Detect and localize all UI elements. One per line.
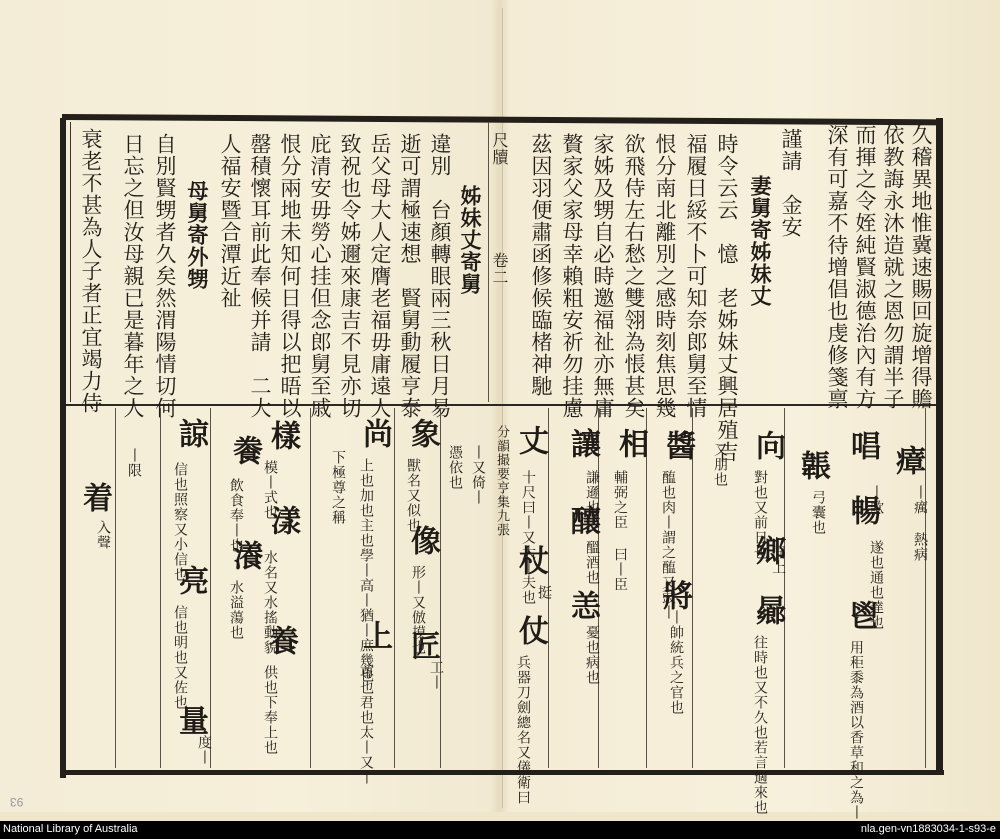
frame-border-bottom — [60, 770, 944, 775]
footer-identifier: nla.gen-vn1883034-1-s93-e — [861, 823, 996, 835]
letter-heading: 妻舅寄姊妹丈 — [745, 175, 775, 307]
dictionary-headword: 醬 — [655, 430, 699, 461]
page-fold-line — [502, 8, 503, 808]
dictionary-headword: 匠 — [400, 630, 444, 661]
column-rule — [310, 408, 311, 768]
text-column: 逝可謂極速想 賢舅動履亨泰 — [395, 133, 425, 419]
footer-bar: National Library of Australia nla.gen-vn… — [0, 821, 1000, 839]
dictionary-headword: 諒 — [168, 418, 212, 449]
text-column: 恨分南北離別之感時刻焦思幾 — [650, 133, 680, 419]
text-column: 欲飛侍左右愁之雙翎為悵甚矣 — [619, 133, 649, 419]
dictionary-headword: 亮 — [168, 565, 212, 596]
dictionary-headword: 樣 — [260, 420, 304, 451]
dictionary-gloss: 丨限 — [126, 448, 141, 478]
text-column: 茲因羽便肅函修候臨楮神馳 — [526, 133, 556, 397]
dictionary-gloss: 供也下奉上也 — [262, 665, 277, 755]
dictionary-headword: 鬯 — [838, 600, 882, 631]
dictionary-gloss: 輔弼之臣 曰丨臣 — [612, 470, 627, 592]
dictionary-gloss: 丨癘 熱病 — [912, 485, 927, 562]
dictionary-headword: 丈 — [508, 425, 552, 456]
dictionary-headword: 瘴 — [885, 445, 929, 476]
text-column: 而揮之令姪純賢淑德治內有方 — [850, 124, 880, 410]
volume-label: 卷二 — [492, 252, 507, 286]
dictionary-gloss: 丨又倚丨 — [470, 445, 485, 505]
text-column: 謹請 金安 — [776, 128, 806, 238]
dictionary-gloss: 弓囊也 — [810, 490, 825, 535]
dictionary-gloss: 同上 — [770, 545, 785, 575]
column-rule — [160, 408, 161, 768]
dictionary-gloss: 憂也病也 — [584, 625, 599, 685]
dictionary-gloss: 丨帥統兵之官也 — [668, 610, 683, 715]
dictionary-gloss: 尊也君也太丨又丨 — [358, 665, 373, 785]
dictionary-gloss: 又朋也 — [712, 442, 727, 487]
dictionary-headword: 餋 — [222, 435, 266, 466]
dictionary-gloss: 水溢蕩也 — [228, 580, 243, 640]
dictionary-gloss: 下極尊之稱 — [330, 450, 345, 525]
dictionary-headword: 象 — [400, 418, 444, 449]
text-column: 致祝也令姊邇來康吉不見亦切 — [335, 133, 365, 419]
dictionary-gloss: 往時也又不久也若言適來也 — [752, 635, 767, 815]
text-column: 罄積懷耳前此奉候并請 二大 — [245, 133, 275, 419]
dictionary-headword: 漾 — [260, 505, 304, 536]
footer-institution: National Library of Australia — [3, 823, 138, 835]
dictionary-gloss: 信也明也又佐也 — [172, 605, 187, 710]
pencil-page-number: 93 — [10, 795, 23, 809]
dictionary-headword: 恙 — [560, 590, 604, 621]
dictionary-gloss: 兵器刀劍總名又儀衛曰 — [515, 655, 530, 805]
text-column: 人福安暨合潭近祉 — [215, 133, 245, 309]
dictionary-gloss: 獸名又似也 — [405, 458, 420, 533]
column-rule — [115, 408, 116, 768]
dictionary-gloss: 憑依也 — [447, 445, 462, 490]
dictionary-headword: 杖 — [508, 545, 552, 576]
text-column: 依教誨永沐造就之恩勿謂半子 — [878, 124, 908, 410]
dictionary-headword: 量 — [168, 705, 212, 736]
dictionary-headword: 尚 — [352, 418, 396, 449]
block-footer-label: 分韻撮要亨集九張 — [494, 425, 509, 537]
text-column: 違別 台顏轉眼兩三秋日月易 — [425, 133, 455, 419]
text-column: 岳父母大人定膺老福毋庸遠人 — [365, 133, 395, 419]
text-column: 久稽異地惟冀速賜回旋增得贍 — [906, 124, 936, 410]
dictionary-gloss: 醞酒也 — [584, 540, 599, 585]
dictionary-headword: 暢 — [840, 495, 884, 526]
column-rule — [394, 408, 395, 768]
dictionary-headword: 釀 — [560, 505, 604, 536]
dictionary-headword: 將 — [652, 580, 696, 611]
dictionary-gloss: 度丨 — [196, 735, 211, 765]
dictionary-gloss: 挺 — [536, 585, 551, 600]
text-column: 深有可嘉不待增倡也虔修箋禀 — [822, 124, 852, 410]
frame-border-top — [62, 114, 940, 125]
text-column: 日忘之但汝母親已是暮年之人 — [118, 133, 148, 419]
tone-label: 入聲 — [95, 520, 110, 550]
dictionary-headword: 讓 — [560, 428, 604, 459]
dictionary-headword: 曏 — [745, 595, 789, 626]
dictionary-gloss: 工丨 — [428, 660, 443, 690]
column-rule — [784, 408, 785, 768]
section-headword: 着 — [72, 482, 116, 513]
text-column: 贅家父家母幸賴粗安祈勿挂慮 — [557, 133, 587, 419]
margin-label: 尺牘 — [492, 132, 507, 166]
dictionary-headword: 向 — [745, 430, 789, 461]
dictionary-gloss: 十尺曰丨又大丨夫也 — [520, 470, 535, 605]
dictionary-headword: 唱 — [840, 430, 884, 461]
text-column: 衰老不甚為人子者正宜竭力侍 — [76, 128, 106, 414]
dictionary-headword: 養 — [258, 625, 302, 656]
dictionary-gloss: 信也照察又小信也 — [172, 462, 187, 582]
frame-border-right — [936, 118, 943, 774]
dictionary-headword: 瀁 — [222, 540, 266, 571]
letter-heading: 母舅寄外甥 — [182, 180, 212, 290]
dictionary-headword: 像 — [400, 525, 444, 556]
text-column: 自別賢甥者久矣然渭陽情切何 — [150, 133, 180, 419]
dictionary-headword: 韔 — [790, 450, 834, 481]
text-column: 時令云云 憶 老姊妹丈興居殖吉 — [712, 133, 742, 463]
scanned-page: 久稽異地惟冀速賜回旋增得贍 依教誨永沐造就之恩勿謂半子 而揮之令姪純賢淑德治內有… — [0, 0, 1000, 812]
column-rule — [598, 408, 599, 768]
text-column: 庇清安毋勞心挂但念郎舅至戚 — [305, 133, 335, 419]
panel-divider — [66, 404, 936, 406]
text-column: 家姊及甥自必時邀福祉亦無庸 — [588, 133, 618, 419]
text-column: 恨分兩地未知何日得以把晤以 — [275, 133, 305, 419]
column-rule — [646, 408, 647, 768]
margin-rule — [488, 122, 489, 402]
dictionary-gloss: 用秬黍為酒以香草和之為丨 — [848, 640, 863, 820]
text-column: 福履日綏不卜可知奈郎舅至情 — [681, 133, 711, 419]
column-rule — [440, 408, 441, 768]
letter-heading: 姊妹丈寄舅 — [455, 185, 485, 295]
inner-rule — [70, 122, 71, 402]
dictionary-headword: 上 — [352, 620, 396, 651]
dictionary-headword: 相 — [608, 428, 652, 459]
frame-border-left — [60, 118, 66, 778]
dictionary-headword: 仗 — [508, 615, 552, 646]
